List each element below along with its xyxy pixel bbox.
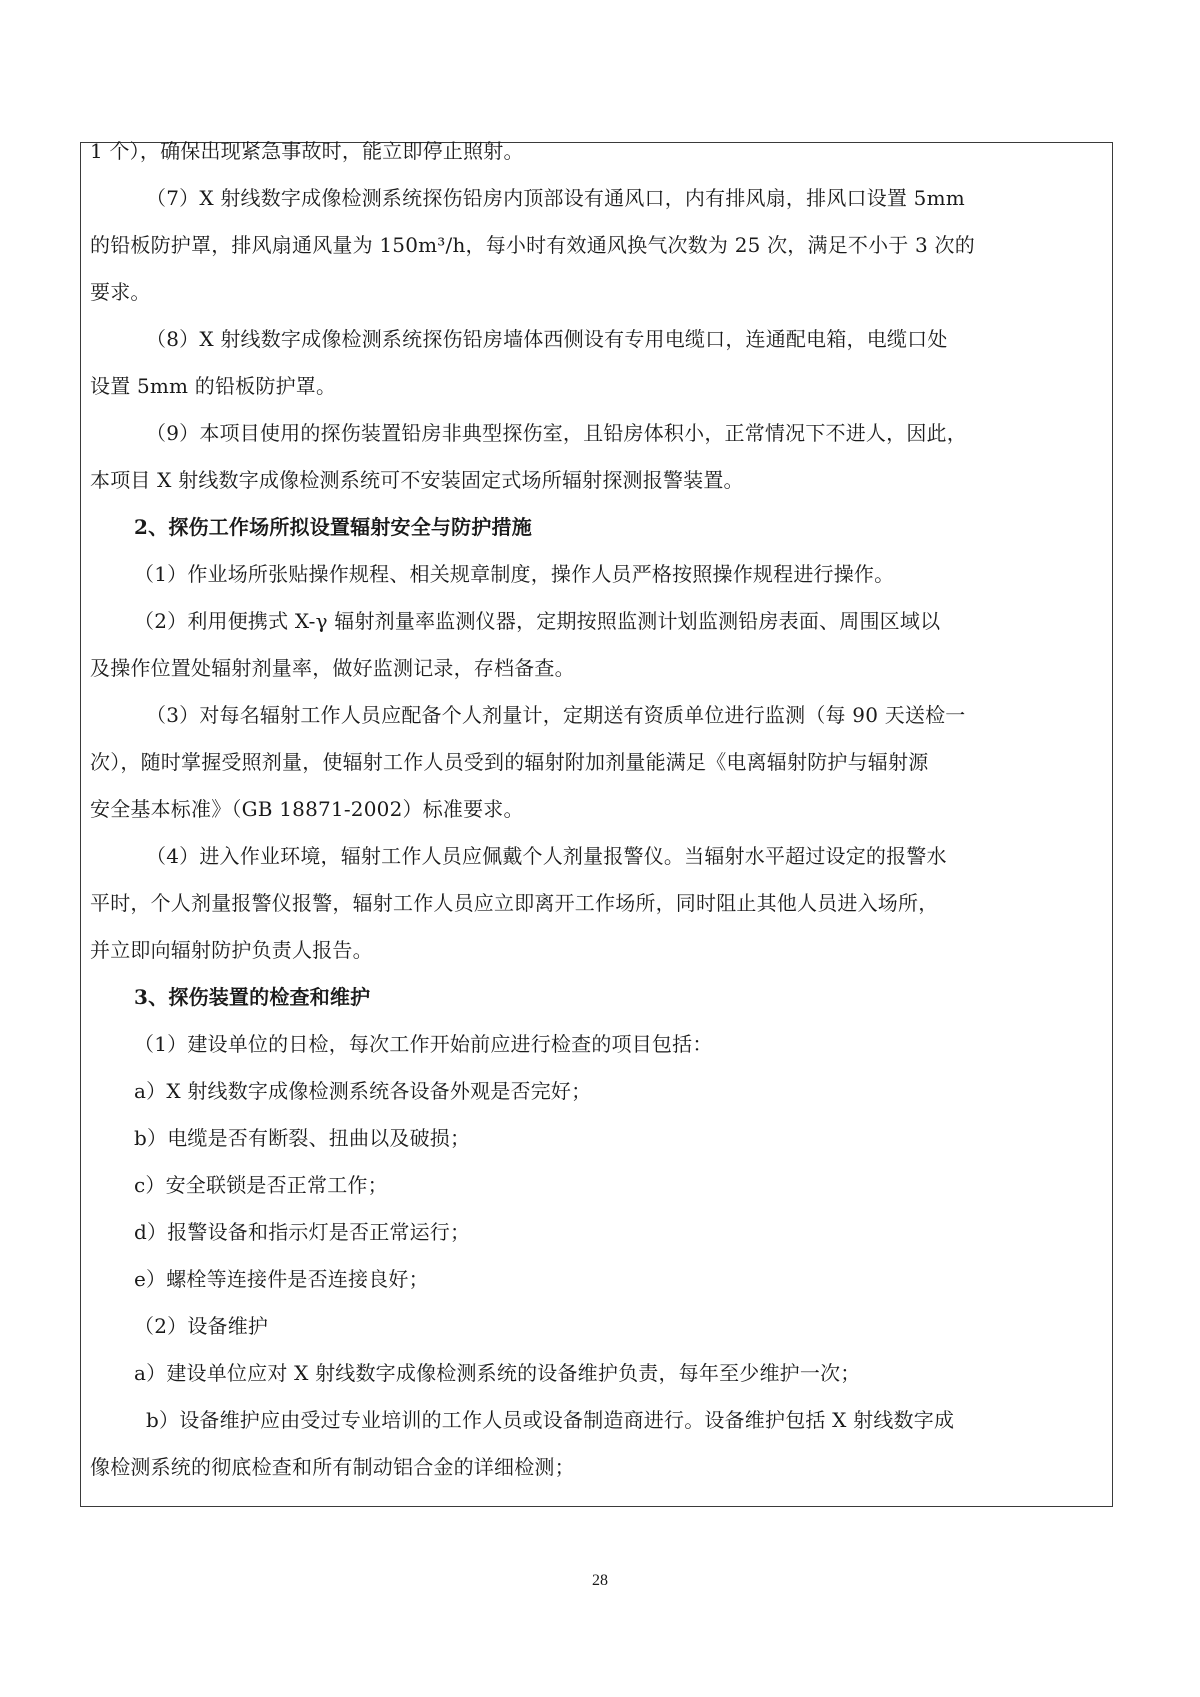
text-line: 像检测系统的彻底检查和所有制动铝合金的详细检测； (90, 1444, 575, 1491)
text-line: b）电缆是否有断裂、扭曲以及破损； (134, 1115, 470, 1162)
text-line: （2）设备维护 (134, 1303, 268, 1350)
text-line: 安全基本标准》（GB 18871-2002）标准要求。 (90, 786, 524, 833)
text-line: 并立即向辐射防护负责人报告。 (90, 927, 373, 974)
text-line: 平时，个人剂量报警仪报警，辐射工作人员应立即离开工作场所，同时阻止其他人员进入场… (90, 880, 938, 927)
text-line: （3）对每名辐射工作人员应配备个人剂量计，定期送有资质单位进行监测（每 90 天… (146, 692, 966, 739)
text-line: （9）本项目使用的探伤装置铅房非典型探伤室，且铅房体积小，正常情况下不进人，因此… (146, 410, 967, 457)
text-line: （8）X 射线数字成像检测系统探伤铅房墙体西侧设有专用电缆口，连通配电箱，电缆口… (146, 316, 948, 363)
page-number: 28 (0, 1572, 1200, 1590)
text-line: b）设备维护应由受过专业培训的工作人员或设备制造商进行。设备维护包括 X 射线数… (146, 1397, 954, 1444)
text-line: 本项目 X 射线数字成像检测系统可不安装固定式场所辐射探测报警装置。 (90, 457, 744, 504)
text-line: 及操作位置处辐射剂量率，做好监测记录，存档备查。 (90, 645, 575, 692)
text-line: 设置 5mm 的铅板防护罩。 (90, 363, 336, 410)
text-line: （1）作业场所张贴操作规程、相关规章制度，操作人员严格按照操作规程进行操作。 (134, 551, 894, 598)
text-line: a）建设单位应对 X 射线数字成像检测系统的设备维护负责，每年至少维护一次； (134, 1350, 860, 1397)
text-line: e）螺栓等连接件是否连接良好； (134, 1256, 429, 1303)
text-line: c）安全联锁是否正常工作； (134, 1162, 388, 1209)
text-line: （7）X 射线数字成像检测系统探伤铅房内顶部设有通风口，内有排风扇，排风口设置 … (146, 175, 965, 222)
text-line: （2）利用便携式 X-γ 辐射剂量率监测仪器，定期按照监测计划监测铅房表面、周围… (134, 598, 940, 645)
section-heading: 3、探伤装置的检查和维护 (134, 974, 370, 1021)
text-line: 1 个），确保出现紧急事故时，能立即停止照射。 (90, 128, 524, 175)
text-line: a）X 射线数字成像检测系统各设备外观是否完好； (134, 1068, 591, 1115)
section-heading: 2、探伤工作场所拟设置辐射安全与防护措施 (134, 504, 532, 551)
text-line: 的铅板防护罩，排风扇通风量为 150m³/h，每小时有效通风换气次数为 25 次… (90, 222, 975, 269)
text-line: （4）进入作业环境，辐射工作人员应佩戴个人剂量报警仪。当辐射水平超过设定的报警水 (146, 833, 947, 880)
text-line: （1）建设单位的日检，每次工作开始前应进行检查的项目包括： (134, 1021, 713, 1068)
text-line: 次），随时掌握受照剂量，使辐射工作人员受到的辐射附加剂量能满足《电离辐射防护与辐… (90, 739, 928, 786)
text-line: 要求。 (90, 269, 151, 316)
text-line: d）报警设备和指示灯是否正常运行； (134, 1209, 470, 1256)
